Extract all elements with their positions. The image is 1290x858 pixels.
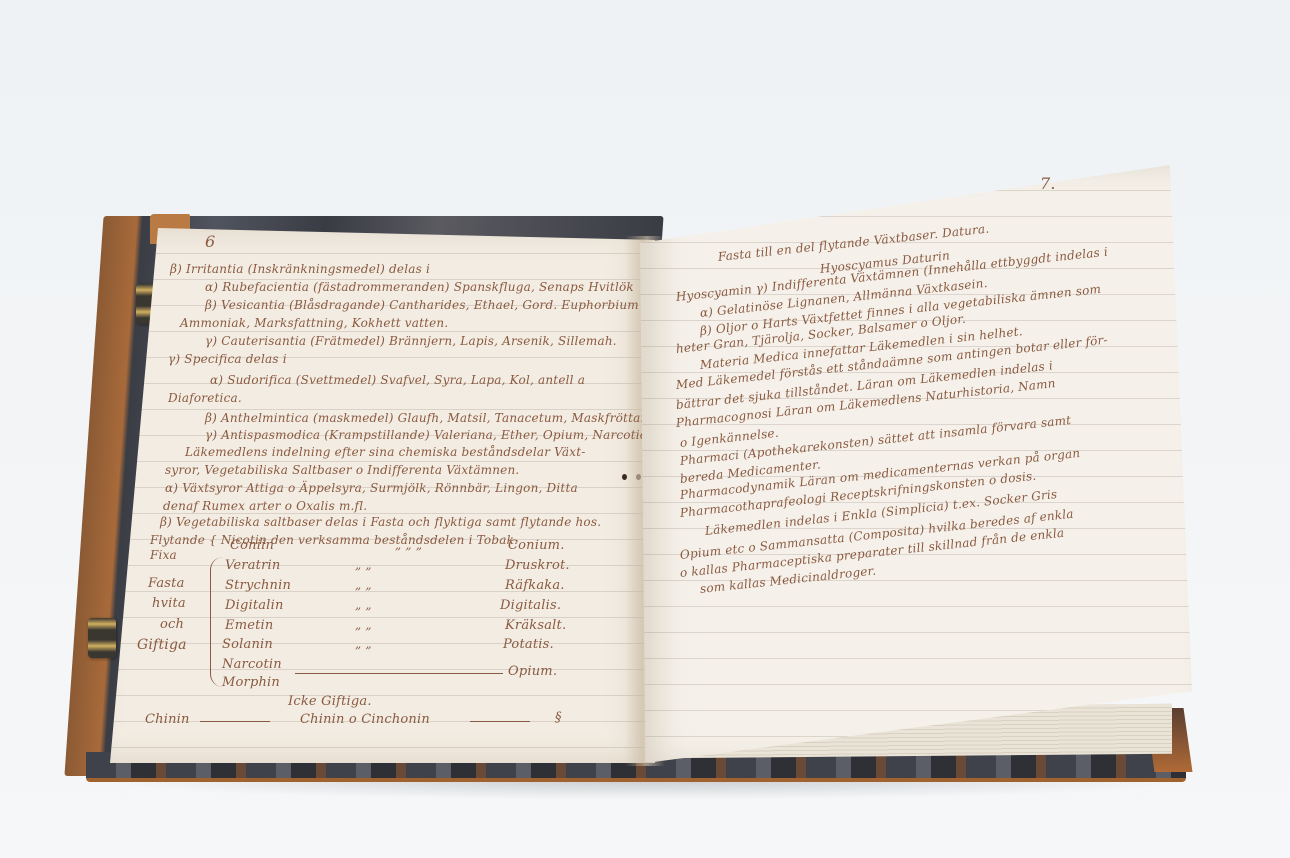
table-substance: Coniin <box>230 538 274 553</box>
table-source: Räfkaka. <box>505 578 565 593</box>
text-line: Flytande { Nicotin den verksamma bestånd… <box>150 533 518 547</box>
table-ditto: „ „ <box>355 618 372 632</box>
page-number-right: 7. <box>1040 174 1056 193</box>
text-line: denaf Rumex arter o Oxalis m.fl. <box>163 499 367 513</box>
text-line: β) Vesicantia (Blåsdragande) Cantharides… <box>205 298 639 312</box>
table-source: Digitalis. <box>500 598 561 613</box>
table-footer-line <box>470 721 530 722</box>
table-source: Kräksalt. <box>505 618 566 633</box>
table-source: Conium. <box>508 538 565 553</box>
table-ditto: „ „ <box>355 558 372 572</box>
page-number-left: 6 <box>205 232 215 251</box>
text-line: α) Rubefacientia (fästadrommeranden) Spa… <box>205 280 634 294</box>
clasp-bottom-icon <box>88 618 116 658</box>
table-connector-line <box>295 673 503 674</box>
text-line: β) Anthelmintica (maskmedel) Glaufh, Mat… <box>205 411 654 425</box>
table-substance: Veratrin <box>225 558 280 573</box>
table-label-fast: Fixa <box>150 548 177 562</box>
table-substance: Morphin <box>222 675 280 690</box>
table-source: Druskrot. <box>505 558 570 573</box>
text-line: Läkemedlens indelning efter sina chemisk… <box>185 445 586 459</box>
text-line: γ) Cauterisantia (Frätmedel) Brännjern, … <box>205 334 617 348</box>
text-line: β) Irritantia (Inskränkningsmedel) delas… <box>170 262 430 276</box>
table-ditto: „ „ <box>355 598 372 612</box>
table-ditto: „ „ <box>355 578 372 592</box>
section-mark: § <box>555 710 562 725</box>
text-line: α) Sudorifica (Svettmedel) Svafvel, Syra… <box>210 373 585 387</box>
text-line: syror, Vegetabiliska Saltbaser o Indiffe… <box>165 463 519 477</box>
table-substance: Narcotin <box>222 657 282 672</box>
table-substance: Strychnin <box>225 578 291 593</box>
binding-hole <box>622 474 627 480</box>
text-line: β) Vegetabiliska saltbaser delas i Fasta… <box>160 515 601 529</box>
table-left-label: hvita <box>152 596 186 611</box>
text-line: γ) Specifica delas i <box>168 352 287 366</box>
table-left-label: Giftiga <box>137 637 187 653</box>
table-footer-heading: Icke Giftiga. <box>288 694 372 709</box>
table-substance: Solanin <box>222 637 273 652</box>
table-left-label: Fasta <box>148 576 185 591</box>
text-line: Diaforetica. <box>168 391 242 405</box>
table-substance: Digitalin <box>225 598 284 613</box>
binding-hole <box>636 474 641 480</box>
text-line: Ammoniak, Marksfattning, Kokhett vatten. <box>180 316 448 330</box>
table-left-label: och <box>160 617 184 632</box>
table-footer-line <box>200 721 270 722</box>
table-substance: Emetin <box>225 618 273 633</box>
table-ditto: „ „ <box>355 637 372 651</box>
table-source: Opium. <box>508 664 557 679</box>
table-source: Potatis. <box>503 637 554 652</box>
table-footer-middle: Chinin o Cinchonin <box>300 712 430 727</box>
text-line: α) Växtsyror Attiga o Äppelsyra, Surmjöl… <box>165 481 578 495</box>
table-footer-left: Chinin <box>145 712 190 727</box>
text-line: γ) Antispasmodica (Krampstillande) Valer… <box>205 428 695 442</box>
table-ditto: „ „ „ <box>395 538 422 552</box>
